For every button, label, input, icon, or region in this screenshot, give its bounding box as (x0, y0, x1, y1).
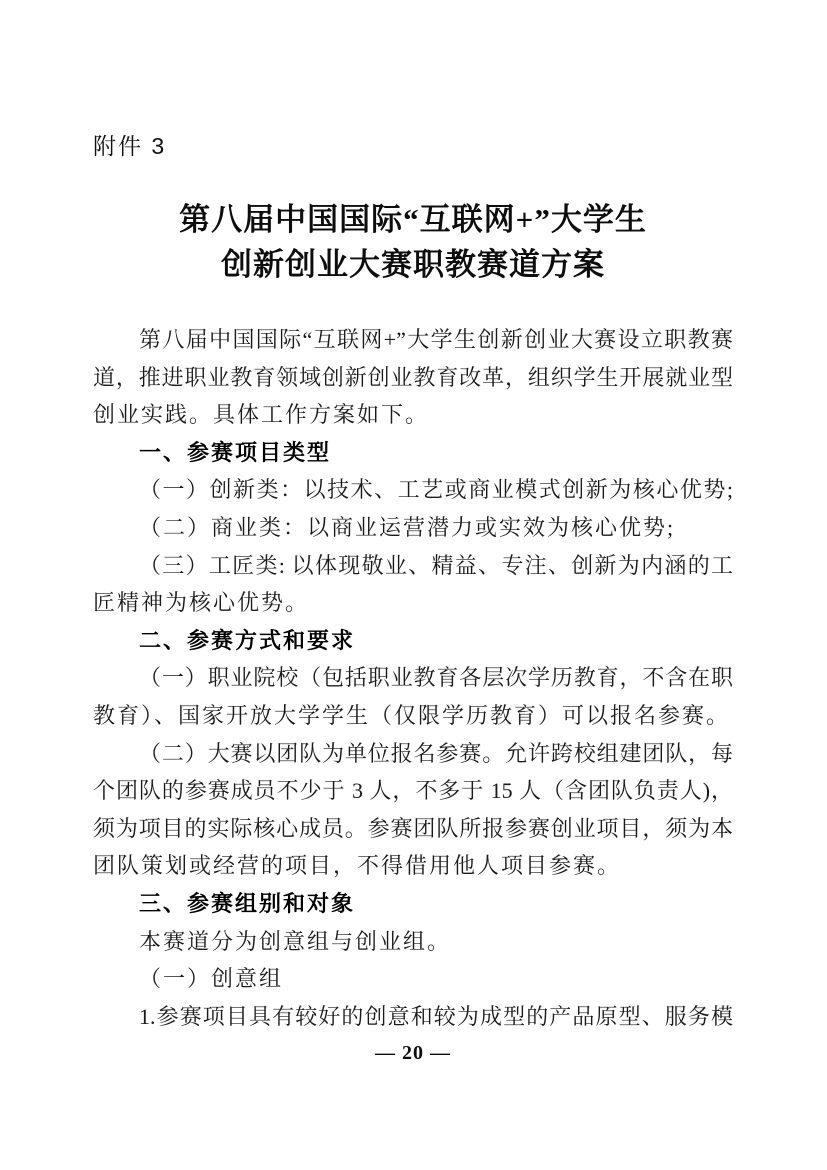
text-line: （一）创意组 (93, 960, 733, 998)
text-line: 本赛道分为创意组与创业组。 (93, 923, 733, 961)
page-number: — 20 — (93, 1035, 733, 1073)
text-line: 第八届中国国际“互联网+”大学生创新创业大赛设立职教赛 (93, 321, 733, 359)
text-line: （二）大赛以团队为单位报名参赛。允许跨校组建团队，每 (93, 735, 733, 773)
text-line: 1.参赛项目具有较好的创意和较为成型的产品原型、服务模 (93, 998, 733, 1036)
text-line: 创业实践。具体工作方案如下。 (93, 396, 733, 434)
text-line: 个团队的参赛成员不少于 3 人，不多于 15 人（含团队负责人)， (93, 772, 733, 810)
document-title-line-1: 第八届中国国际“互联网+”大学生 (93, 197, 733, 242)
page-content: 附件 3 第八届中国国际“互联网+”大学生 创新创业大赛职教赛道方案 第八届中国… (93, 131, 733, 1073)
text-line: 须为项目的实际核心成员。参赛团队所报参赛创业项目，须为本 (93, 810, 733, 848)
text-line: 团队策划或经营的项目，不得借用他人项目参赛。 (93, 847, 733, 885)
text-line: （一）创新类：以技术、工艺或商业模式创新为核心优势; (93, 471, 733, 509)
section-heading: 二、参赛方式和要求 (93, 622, 733, 660)
attachment-label: 附件 3 (93, 131, 733, 161)
text-line: 教育）、国家开放大学学生（仅限学历教育）可以报名参赛。 (93, 697, 733, 735)
text-line: 匠精神为核心优势。 (93, 584, 733, 622)
document-title: 第八届中国国际“互联网+”大学生 创新创业大赛职教赛道方案 (93, 197, 733, 287)
document-page: 附件 3 第八届中国国际“互联网+”大学生 创新创业大赛职教赛道方案 第八届中国… (0, 0, 827, 1170)
text-line: 道，推进职业教育领域创新创业教育改革，组织学生开展就业型 (93, 359, 733, 397)
text-line: （三）工匠类: 以体现敬业、精益、专注、创新为内涵的工 (93, 547, 733, 585)
section-heading: 三、参赛组别和对象 (93, 885, 733, 923)
text-line: （一）职业院校（包括职业教育各层次学历教育，不含在职 (93, 659, 733, 697)
text-line: （二）商业类：以商业运营潜力或实效为核心优势; (93, 509, 733, 547)
document-body: 第八届中国国际“互联网+”大学生创新创业大赛设立职教赛 道，推进职业教育领域创新… (93, 321, 733, 1035)
section-heading: 一、参赛项目类型 (93, 434, 733, 472)
document-title-line-2: 创新创业大赛职教赛道方案 (93, 242, 733, 287)
